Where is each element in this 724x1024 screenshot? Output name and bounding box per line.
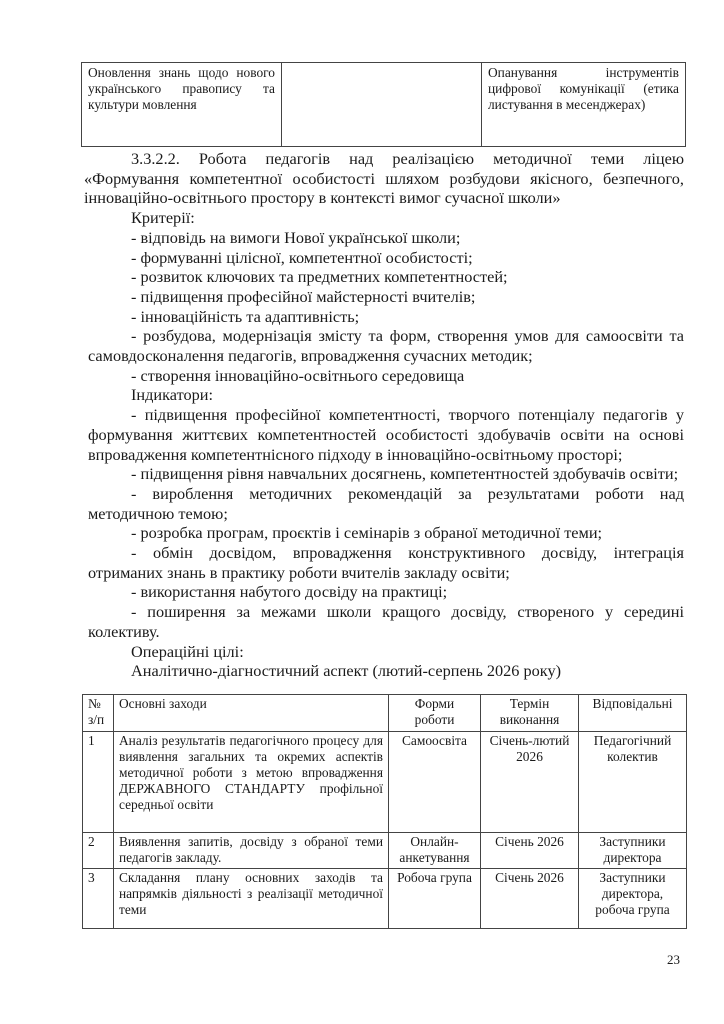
list-item: - підвищення професійної компетентності,… (88, 405, 684, 464)
list-item: - підвищення професійної майстерності вч… (88, 287, 684, 307)
section-heading: 3.3.2.2. Робота педагогів над реалізаціє… (88, 149, 684, 169)
list-item: - розвиток ключових та предметних компет… (88, 267, 684, 287)
row-activity: Складання плану основних заходів та напр… (114, 869, 389, 929)
row-responsible: Педагогічний колектив (579, 732, 687, 833)
carryover-table: Оновлення знань щодо нового українського… (81, 62, 686, 147)
row-number: 3 (83, 869, 114, 929)
list-item: - відповідь на вимоги Нової української … (88, 228, 684, 248)
table-row: Оновлення знань щодо нового українського… (82, 63, 686, 147)
table-row: 2Виявлення запитів, досвіду з обраної те… (83, 833, 687, 869)
header-num: № з/п (83, 695, 114, 732)
table-header-row: № з/п Основні заходи Форми роботи Термін… (83, 695, 687, 732)
list-item: - вироблення методичних рекомендацій за … (88, 484, 684, 523)
table-cell (282, 63, 482, 147)
table-row: 3Складання плану основних заходів та нап… (83, 869, 687, 929)
indicators-label: Індикатори: (88, 385, 684, 405)
list-item: - створення інноваційно-освітнього серед… (88, 366, 684, 386)
list-item: - розробка програм, проєктів і семінарів… (88, 523, 684, 543)
list-item: - поширення за межами школи кращого досв… (88, 602, 684, 641)
row-deadline: Січень 2026 (481, 869, 579, 929)
row-deadline: Січень-лютий 2026 (481, 732, 579, 833)
header-activities: Основні заходи (114, 695, 389, 732)
table-cell: Оновлення знань щодо нового українського… (82, 63, 282, 147)
row-activity: Аналіз результатів педагогічного процесу… (114, 732, 389, 833)
document-page: Оновлення знань щодо нового українського… (0, 0, 724, 1024)
list-item: - розбудова, модернізація змісту та форм… (88, 326, 684, 365)
row-number: 2 (83, 833, 114, 869)
aspect-title: Аналітично-діагностичний аспект (лютий-с… (88, 661, 684, 681)
header-deadline: Термін виконання (481, 695, 579, 732)
row-form: Онлайн-анкетування (389, 833, 481, 869)
header-responsible: Відповідальні (579, 695, 687, 732)
section-body: 3.3.2.2. Робота педагогів над реалізаціє… (88, 149, 684, 681)
indicators-list: - підвищення професійної компетентності,… (88, 405, 684, 641)
list-item: - обмін досвідом, впровадження конструкт… (88, 543, 684, 582)
list-item: - використання набутого досвіду на практ… (88, 582, 684, 602)
operational-goals-label: Операційні цілі: (88, 642, 684, 662)
row-form: Робоча група (389, 869, 481, 929)
criteria-label: Критерії: (88, 208, 684, 228)
page-number: 23 (667, 952, 680, 968)
operational-goals-table: № з/п Основні заходи Форми роботи Термін… (82, 694, 687, 929)
list-item: - формуванні цілісної, компетентної особ… (88, 248, 684, 268)
list-item: - підвищення рівня навчальних досягнень,… (88, 464, 684, 484)
table-cell: Опанування інструментів цифрової комунік… (482, 63, 686, 147)
list-item: - інноваційність та адаптивність; (88, 307, 684, 327)
criteria-list: - відповідь на вимоги Нової української … (88, 228, 684, 386)
row-responsible: Заступники директора, робоча група (579, 869, 687, 929)
table-row: 1Аналіз результатів педагогічного процес… (83, 732, 687, 833)
header-forms: Форми роботи (389, 695, 481, 732)
row-deadline: Січень 2026 (481, 833, 579, 869)
row-activity: Виявлення запитів, досвіду з обраної тем… (114, 833, 389, 869)
row-responsible: Заступники директора (579, 833, 687, 869)
row-number: 1 (83, 732, 114, 833)
section-heading-theme: «Формування компетентної особистості шля… (84, 169, 684, 208)
row-form: Самоосвіта (389, 732, 481, 833)
